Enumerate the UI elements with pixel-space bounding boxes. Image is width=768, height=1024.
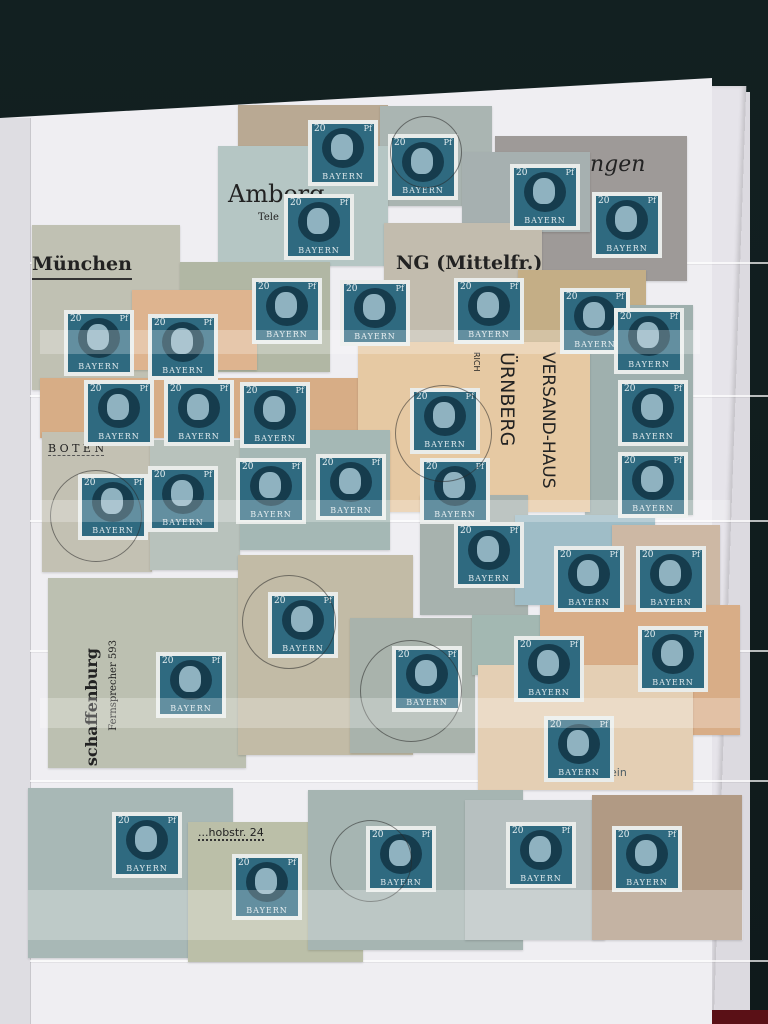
fragment-text: ...hobstr. 24 <box>198 826 264 841</box>
album-strip-film <box>40 500 730 522</box>
stamp-value: 20 <box>90 384 101 394</box>
stamp-currency: Pf <box>168 816 176 825</box>
album-strip-film <box>40 698 740 728</box>
stamp-country: BAYERN <box>618 360 680 369</box>
stamp-country: BAYERN <box>312 172 374 181</box>
stamp-value: 20 <box>516 168 527 178</box>
stamp-country: BAYERN <box>642 678 704 687</box>
stamp-face: 20PfBAYERN <box>616 830 678 888</box>
stamp-face: 20PfBAYERN <box>622 384 684 442</box>
stamp-currency: Pf <box>308 282 316 291</box>
stamp-value: 20 <box>560 550 571 560</box>
bavaria-stamp: 20PfBAYERN <box>148 466 218 532</box>
stamp-currency: Pf <box>648 196 656 205</box>
stamp-country: BAYERN <box>622 432 684 441</box>
stamp-country: BAYERN <box>68 362 130 371</box>
stamp-value: 20 <box>460 282 471 292</box>
stamp-country: BAYERN <box>458 574 520 583</box>
stamp-value: 20 <box>238 858 249 868</box>
stamp-currency: Pf <box>674 456 682 465</box>
stamp-currency: Pf <box>566 168 574 177</box>
stamp-face: 20PfBAYERN <box>116 816 178 874</box>
stamp-face: 20PfBAYERN <box>88 384 150 442</box>
bavaria-stamp: 20PfBAYERN <box>592 192 662 258</box>
stamp-face: 20PfBAYERN <box>596 196 658 254</box>
portrait-head <box>641 466 663 492</box>
stamp-currency: Pf <box>692 550 700 559</box>
stamp-currency: Pf <box>140 384 148 393</box>
stamp-currency: Pf <box>570 640 578 649</box>
portrait-head <box>635 840 657 866</box>
album-strip <box>30 960 768 962</box>
stamp-currency: Pf <box>610 550 618 559</box>
fragment-text: ngen <box>590 152 645 177</box>
stamp-value: 20 <box>154 470 165 480</box>
stamp-country: BAYERN <box>616 878 678 887</box>
portrait-head <box>567 730 589 756</box>
bavaria-stamp: 20PfBAYERN <box>112 812 182 878</box>
stamp-value: 20 <box>620 312 631 322</box>
fragment-text: RICH <box>472 352 481 372</box>
bavaria-stamp: 20PfBAYERN <box>84 380 154 446</box>
album-strip-film <box>40 330 700 354</box>
portrait-head <box>529 836 551 862</box>
album-strip-film <box>28 890 743 940</box>
postmark <box>242 575 336 669</box>
bavaria-stamp: 20PfBAYERN <box>638 626 708 692</box>
stamp-face: 20PfBAYERN <box>518 640 580 698</box>
stamp-value: 20 <box>70 314 81 324</box>
stamp-country: BAYERN <box>548 768 610 777</box>
portrait-head <box>107 394 129 420</box>
stamp-currency: Pf <box>422 830 430 839</box>
album-spine <box>0 118 31 1024</box>
portrait-head <box>307 208 329 234</box>
stamp-face: 20PfBAYERN <box>640 550 702 608</box>
stamp-currency: Pf <box>510 526 518 535</box>
stamp-currency: Pf <box>364 124 372 133</box>
stamp-value: 20 <box>246 386 257 396</box>
stamp-face: 20PfBAYERN <box>244 386 306 444</box>
stamp-currency: Pf <box>296 386 304 395</box>
stamp-face: 20PfBAYERN <box>510 826 572 884</box>
stamp-currency: Pf <box>292 462 300 471</box>
stamp-currency: Pf <box>204 318 212 327</box>
portrait-head <box>661 640 683 666</box>
stamp-face: 20PfBAYERN <box>312 124 374 182</box>
stamp-country: BAYERN <box>518 688 580 697</box>
portrait-head <box>263 396 285 422</box>
portrait-head <box>363 294 385 320</box>
stamp-country: BAYERN <box>244 434 306 443</box>
stamp-country: BAYERN <box>640 598 702 607</box>
fragment-text: Tele <box>258 212 279 223</box>
stamp-country: BAYERN <box>168 432 230 441</box>
portrait-head <box>577 560 599 586</box>
stamp-country: BAYERN <box>88 432 150 441</box>
stamp-country: BAYERN <box>514 216 576 225</box>
stamp-value: 20 <box>566 292 577 302</box>
stamp-value: 20 <box>154 318 165 328</box>
stamp-value: 20 <box>624 384 635 394</box>
stamp-value: 20 <box>520 640 531 650</box>
bavaria-stamp: 20PfBAYERN <box>612 826 682 892</box>
portrait-head <box>259 472 281 498</box>
stamp-value: 20 <box>512 826 523 836</box>
stamp-country: BAYERN <box>116 864 178 873</box>
fragment-text: München <box>32 253 132 280</box>
stamp-currency: Pf <box>668 830 676 839</box>
stamp-face: 20PfBAYERN <box>288 198 350 256</box>
stamp-value: 20 <box>314 124 325 134</box>
portrait-head <box>659 560 681 586</box>
stamp-value: 20 <box>322 458 333 468</box>
stamp-value: 20 <box>346 284 357 294</box>
postmark <box>395 385 492 482</box>
portrait-head <box>135 826 157 852</box>
bavaria-stamp: 20PfBAYERN <box>514 636 584 702</box>
bavaria-stamp: 20PfBAYERN <box>454 522 524 588</box>
stamp-value: 20 <box>242 462 253 472</box>
bavaria-stamp: 20PfBAYERN <box>308 120 378 186</box>
stamp-value: 20 <box>258 282 269 292</box>
stamp-currency: Pf <box>372 458 380 467</box>
bavaria-stamp: 20PfBAYERN <box>554 546 624 612</box>
fragment-text: VERSAND-HAUS <box>538 352 558 489</box>
stamp-country: BAYERN <box>558 598 620 607</box>
stamp-value: 20 <box>460 526 471 536</box>
fragment-text: ÜRNBERG <box>496 352 518 446</box>
bavaria-stamp: 20PfBAYERN <box>506 822 576 888</box>
portrait-head <box>477 292 499 318</box>
stamp-currency: Pf <box>616 292 624 301</box>
stamp-currency: Pf <box>134 478 142 487</box>
stamp-value: 20 <box>618 830 629 840</box>
stamp-currency: Pf <box>562 826 570 835</box>
stamp-currency: Pf <box>674 384 682 393</box>
portrait-head <box>533 178 555 204</box>
bavaria-stamp: 20PfBAYERN <box>284 194 354 260</box>
portrait-head <box>583 302 605 328</box>
stamp-currency: Pf <box>694 630 702 639</box>
stamp-currency: Pf <box>340 198 348 207</box>
stamp-currency: Pf <box>120 314 128 323</box>
stamp-currency: Pf <box>204 470 212 479</box>
stamp-currency: Pf <box>510 282 518 291</box>
portrait-head <box>477 536 499 562</box>
stamp-value: 20 <box>624 456 635 466</box>
portrait-head <box>179 666 201 692</box>
portrait-head <box>615 206 637 232</box>
stamp-country: BAYERN <box>596 244 658 253</box>
stamp-face: 20PfBAYERN <box>514 168 576 226</box>
stamp-currency: Pf <box>288 858 296 867</box>
stamp-value: 20 <box>598 196 609 206</box>
stamp-value: 20 <box>644 630 655 640</box>
stamp-country: BAYERN <box>288 246 350 255</box>
bavaria-stamp: 20PfBAYERN <box>240 382 310 448</box>
stamp-currency: Pf <box>220 384 228 393</box>
portrait-head <box>641 394 663 420</box>
postmark <box>390 116 462 188</box>
stamp-value: 20 <box>162 656 173 666</box>
stamp-currency: Pf <box>212 656 220 665</box>
stamp-country: BAYERN <box>510 874 572 883</box>
bavaria-stamp: 20PfBAYERN <box>164 380 234 446</box>
stamp-country: BAYERN <box>152 366 214 375</box>
stamp-face: 20PfBAYERN <box>458 526 520 584</box>
stamp-value: 20 <box>642 550 653 560</box>
portrait-head <box>339 468 361 494</box>
bavaria-stamp: 20PfBAYERN <box>510 164 580 230</box>
stamp-face: 20PfBAYERN <box>642 630 704 688</box>
stamp-currency: Pf <box>396 284 404 293</box>
portrait-head <box>275 292 297 318</box>
portrait-head <box>187 394 209 420</box>
bavaria-stamp: 20PfBAYERN <box>618 380 688 446</box>
stamp-face: 20PfBAYERN <box>558 550 620 608</box>
stamp-face: 20PfBAYERN <box>168 384 230 442</box>
portrait-head <box>331 134 353 160</box>
portrait-head <box>537 650 559 676</box>
stamp-currency: Pf <box>670 312 678 321</box>
stamp-face: 20PfBAYERN <box>548 720 610 778</box>
stamp-value: 20 <box>170 384 181 394</box>
stamp-value: 20 <box>118 816 129 826</box>
bavaria-stamp: 20PfBAYERN <box>636 546 706 612</box>
stamp-value: 20 <box>290 198 301 208</box>
